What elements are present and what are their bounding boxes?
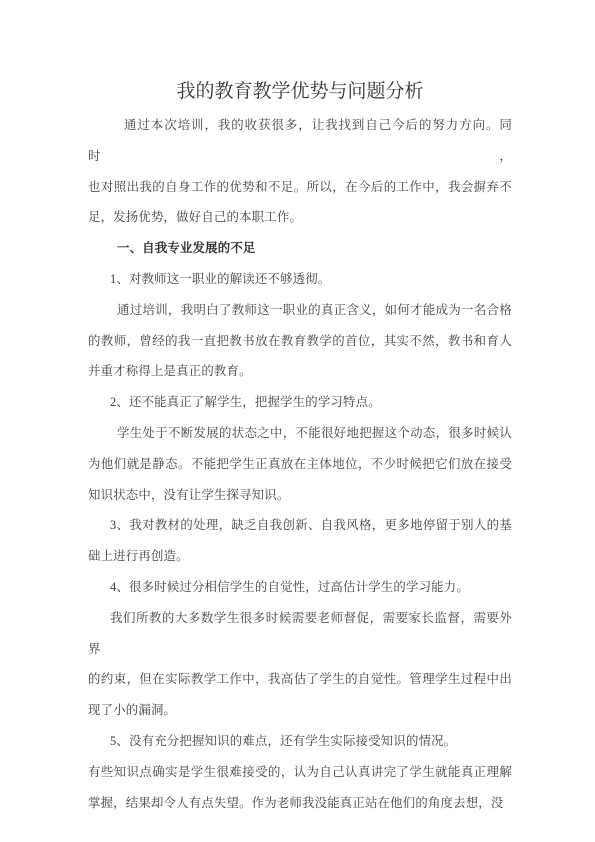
text-line: 2、还不能真正了解学生，把握学生的学习特点。 xyxy=(88,387,512,418)
text-line: 通过本次培训，我的收获很多，让我找到自己今后的努力方向。同时， xyxy=(88,110,512,172)
document-title: 我的教育教学优势与问题分析 xyxy=(88,78,512,106)
text-line: 也对照出我的自身工作的优势和不足。所以，在今后的工作中，我会摒弃不 xyxy=(88,172,512,203)
text-line: 的约束，但在实际教学工作中，我高估了学生的自觉性。管理学生过程中出 xyxy=(88,664,512,695)
text-line: 学生处于不断发展的状态之中，不能很好地把握这个动态，很多时候认 xyxy=(88,418,512,449)
text-line: 的教师，曾经的我一直把教书放在教育教学的首位，其实不然，教书和育人 xyxy=(88,326,512,357)
document-body: 通过本次培训，我的收获很多，让我找到自己今后的努力方向。同时，也对照出我的自身工… xyxy=(88,110,512,818)
paragraph: 3、我对教材的处理，缺乏自我创新、自我风格，更多地停留于别人的基础上进行再创造。 xyxy=(88,510,512,572)
text-line: 础上进行再创造。 xyxy=(88,541,512,572)
text-line: 知识状态中，没有让学生探寻知识。 xyxy=(88,480,512,511)
text-line: 我们所教的大多数学生很多时候需要老师督促，需要家长监督，需要外界 xyxy=(88,603,512,665)
paragraph: 4、很多时候过分相信学生的自觉性，过高估计学生的学习能力。 xyxy=(88,572,512,603)
paragraph: 通过培训，我明白了教师这一职业的真正含义，如何才能成为一名合格的教师，曾经的我一… xyxy=(88,295,512,387)
paragraph: 2、还不能真正了解学生，把握学生的学习特点。 xyxy=(88,387,512,418)
paragraph: 5、没有充分把握知识的难点，还有学生实际接受知识的情况。 xyxy=(88,726,512,757)
text-line: 一、自我专业发展的不足 xyxy=(88,233,512,264)
text-line: 为他们就是静态。不能把学生正真放在主体地位，不少时候把它们放在接受 xyxy=(88,449,512,480)
text-line: 有些知识点确实是学生很难接受的，认为自己认真讲完了学生就能真正理解 xyxy=(88,757,512,788)
document-content: 我的教育教学优势与问题分析 通过本次培训，我的收获很多，让我找到自己今后的努力方… xyxy=(88,78,512,818)
text-line: 通过培训，我明白了教师这一职业的真正含义，如何才能成为一名合格 xyxy=(88,295,512,326)
text-line: 5、没有充分把握知识的难点，还有学生实际接受知识的情况。 xyxy=(88,726,512,757)
text-line: 掌握，结果却令人有点失望。作为老师我没能真正站在他们的角度去想，没 xyxy=(88,788,512,819)
paragraph: 1、对教师这一职业的解读还不够透彻。 xyxy=(88,264,512,295)
paragraph: 我们所教的大多数学生很多时候需要老师督促，需要家长监督，需要外界的约束，但在实际… xyxy=(88,603,512,726)
text-line: 并重才称得上是真正的教育。 xyxy=(88,356,512,387)
text-line: 现了小的漏洞。 xyxy=(88,695,512,726)
document-page: 我的教育教学优势与问题分析 通过本次培训，我的收获很多，让我找到自己今后的努力方… xyxy=(0,0,595,842)
paragraph: 学生处于不断发展的状态之中，不能很好地把握这个动态，很多时候认为他们就是静态。不… xyxy=(88,418,512,510)
text-line: 4、很多时候过分相信学生的自觉性，过高估计学生的学习能力。 xyxy=(88,572,512,603)
text-line: 3、我对教材的处理，缺乏自我创新、自我风格，更多地停留于别人的基 xyxy=(88,510,512,541)
paragraph: 通过本次培训，我的收获很多，让我找到自己今后的努力方向。同时，也对照出我的自身工… xyxy=(88,110,512,233)
section-heading: 一、自我专业发展的不足 xyxy=(88,233,512,264)
text-line: 足，发扬优势，做好自己的本职工作。 xyxy=(88,202,512,233)
paragraph: 有些知识点确实是学生很难接受的，认为自己认真讲完了学生就能真正理解掌握，结果却令… xyxy=(88,757,512,819)
text-line: 1、对教师这一职业的解读还不够透彻。 xyxy=(88,264,512,295)
